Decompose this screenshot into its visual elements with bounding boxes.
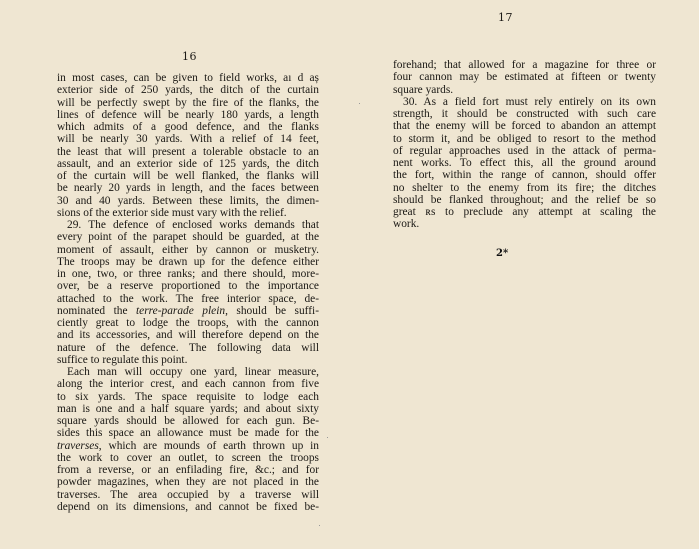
page-number: 17	[498, 11, 513, 24]
text-line: to six yards. The space requisite to lod…	[57, 391, 319, 403]
text-line: to storm it, and be obliged to resort to…	[393, 133, 656, 145]
text-line: suffice to regulate this point.	[57, 354, 319, 366]
text-line: of the curtain will be well flanked, the…	[57, 170, 319, 182]
text-line: in one, two, or three ranks; and there s…	[57, 268, 319, 280]
text-line: over, be a reserve proportioned to the i…	[57, 280, 319, 292]
text-line: great ʀs to preclude any attempt at scal…	[393, 206, 656, 218]
text-line: the work to cover an outlet, to screen t…	[57, 452, 319, 464]
text-line: lines of defence will be nearly 180 yard…	[57, 109, 319, 121]
text-line: forehand; that allowed for a magazine fo…	[393, 59, 656, 71]
text-line: sions of the exterior side must vary wit…	[57, 207, 319, 219]
text-line: of regular approaches used in the attack…	[393, 145, 656, 157]
text-line: ciently great to lodge the troops, with …	[57, 317, 319, 329]
text-line: four cannon may be estimated at fifteen …	[393, 71, 656, 83]
text-line: Each man will occupy one yard, linear me…	[57, 366, 319, 378]
paper-speck	[359, 103, 360, 104]
book-spread: 16 in most cases, can be given to field …	[0, 0, 699, 549]
text-line: should be flanked throughout; and the re…	[393, 194, 656, 206]
text-line: the fort, within the range of cannon, sh…	[393, 169, 656, 181]
paper-speck	[327, 437, 328, 438]
page-body-text: in most cases, can be given to field wor…	[57, 72, 319, 513]
text-line: assault, and an exterior side of 125 yar…	[57, 158, 319, 170]
text-line: strength, it should be constructed with …	[393, 108, 656, 120]
text-line: that the enemy will be forced to abandon…	[393, 120, 656, 132]
text-line: will be perfectly swept by the fire of t…	[57, 97, 319, 109]
page-body-text: forehand; that allowed for a magazine fo…	[393, 59, 656, 231]
page-number: 16	[182, 50, 197, 63]
text-line: no shelter to the enemy from its fire; t…	[393, 182, 656, 194]
text-line: in most cases, can be given to field wor…	[57, 72, 319, 84]
text-line: sides this space an allowance must be ma…	[57, 427, 319, 439]
text-line: square yards.	[393, 84, 656, 96]
text-line: moment of assault, either by cannon or m…	[57, 244, 319, 256]
text-line: 30. As a field fort must rely entirely o…	[393, 96, 656, 108]
text-line: along the interior crest, and each canno…	[57, 378, 319, 390]
text-line: nent works. To effect this, all the grou…	[393, 157, 656, 169]
left-page: 16 in most cases, can be given to field …	[0, 0, 350, 549]
text-line: work.	[393, 218, 656, 230]
text-line: The troops may be drawn up for the defen…	[57, 256, 319, 268]
text-line: traverses, which are mounds of earth thr…	[57, 440, 319, 452]
text-line: be nearly 20 yards in length, and the fa…	[57, 182, 319, 194]
right-page: 17 forehand; that allowed for a magazine…	[350, 0, 699, 549]
signature-mark: 2*	[496, 248, 508, 259]
text-line: and its accessories, and will therefore …	[57, 329, 319, 341]
text-line: which admits of a good defence, and the …	[57, 121, 319, 133]
text-line: every point of the parapet should be gua…	[57, 231, 319, 243]
text-line: nominated the terre-parade plein, should…	[57, 305, 319, 317]
text-line: from a reverse, or an enfilading fire, &…	[57, 464, 319, 476]
text-line: 29. The defence of enclosed works demand…	[57, 219, 319, 231]
text-line: exterior side of 250 yards, the ditch of…	[57, 84, 319, 96]
text-line: attached to the work. The free interior …	[57, 293, 319, 305]
text-line: man is one and a half square yards; and …	[57, 403, 319, 415]
text-line: 30 and 40 yards. Between these limits, t…	[57, 195, 319, 207]
text-line: nature of the defence. The following dat…	[57, 342, 319, 354]
text-line: the least that will present a tolerable …	[57, 146, 319, 158]
text-line: depend on its dimensions, and cannot be …	[57, 501, 319, 513]
text-line: powder magazines, when they are not plac…	[57, 476, 319, 488]
text-line: traverses. The area occupied by a traver…	[57, 489, 319, 501]
text-line: square yards should be allowed for each …	[57, 415, 319, 427]
text-line: will be nearly 30 yards. With a relief o…	[57, 133, 319, 145]
paper-speck	[319, 525, 320, 526]
